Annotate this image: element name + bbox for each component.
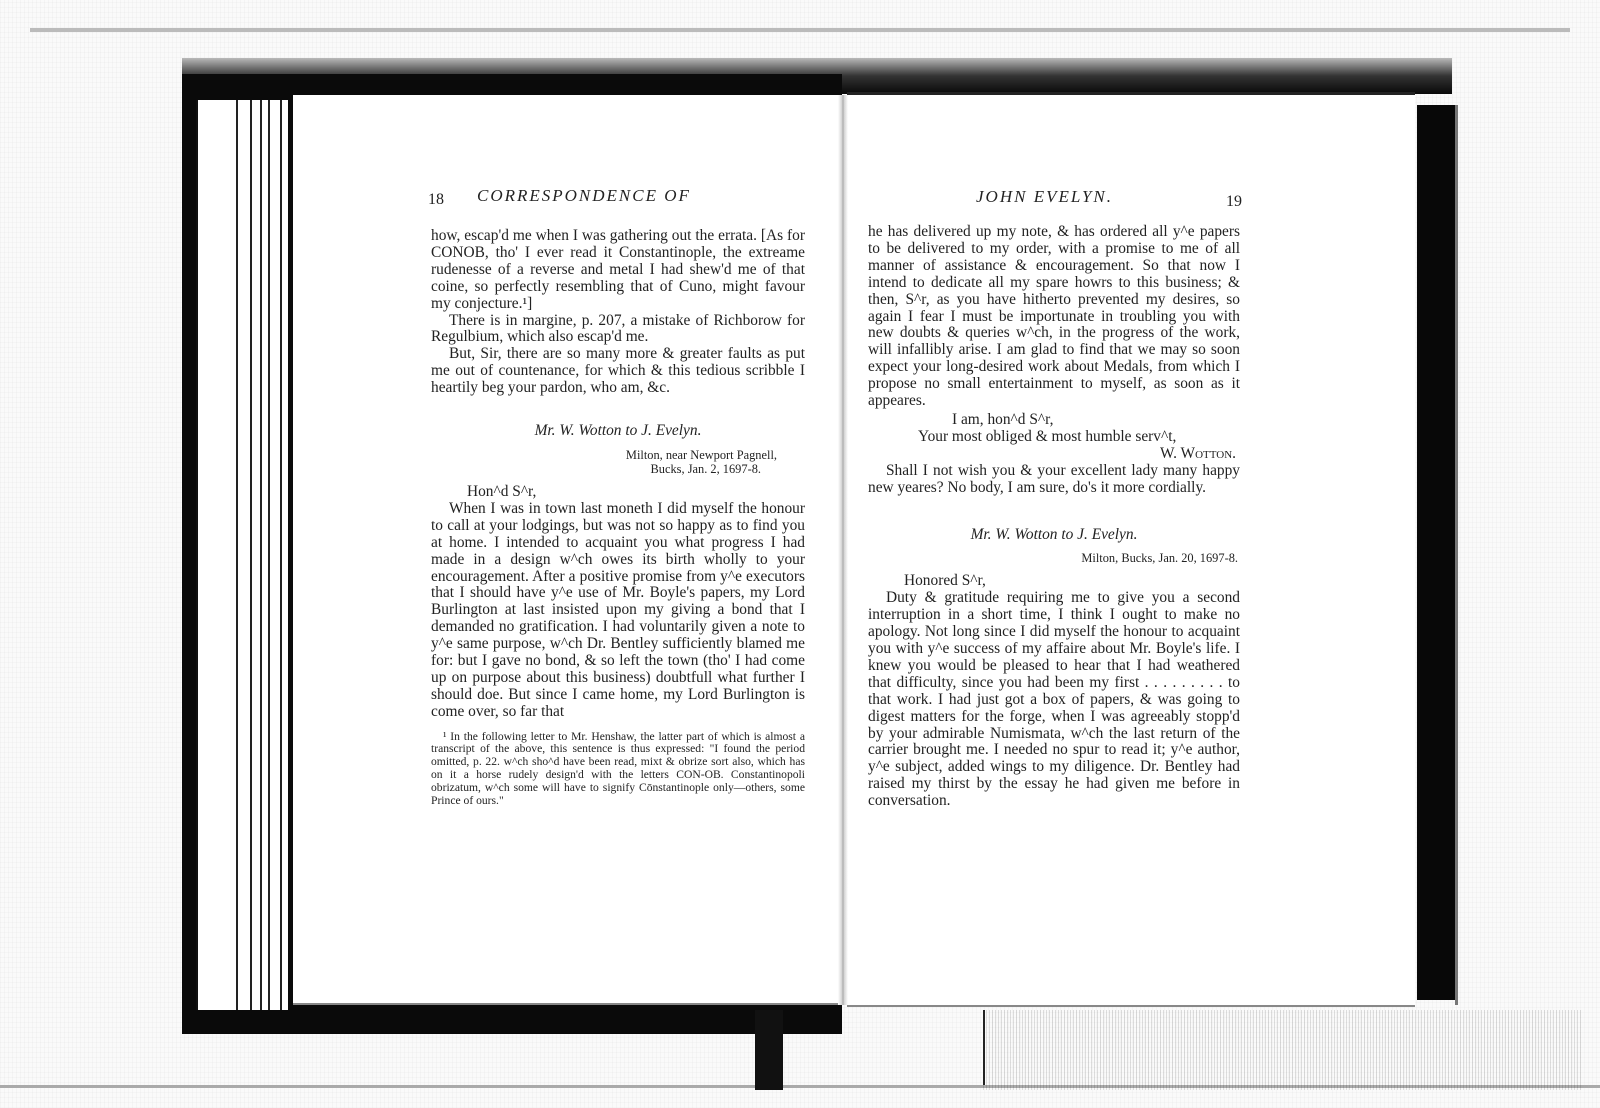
page-edge-line [250, 100, 252, 1010]
running-head-right: JOHN EVELYN. [976, 187, 1113, 207]
page-number-left: 18 [428, 191, 444, 209]
letter-heading: Mr. W. Wotton to J. Evelyn. [868, 527, 1240, 544]
page-edge-line [260, 100, 262, 1010]
letter-salutation: Honored S^r, [868, 573, 1240, 590]
book-shadow-edge [983, 1010, 985, 1085]
page-number-right: 19 [1226, 193, 1242, 211]
book-gutter [838, 95, 848, 1005]
paragraph: he has delivered up my note, & has order… [868, 224, 1240, 410]
letter-signature: W. Wotton. [868, 446, 1240, 463]
page-edge-line [268, 100, 270, 1010]
page-edge-line [236, 100, 238, 1010]
letter-body: Duty & gratitude requiring me to give yo… [868, 590, 1240, 810]
table-edge-top [30, 28, 1570, 32]
letter-heading: Mr. W. Wotton to J. Evelyn. [431, 423, 805, 440]
left-page-text: how, escap'd me when I was gathering out… [431, 228, 805, 807]
letter-salutation: Hon^d S^r, [431, 484, 805, 501]
letter-date-line: Bucks, Jan. 2, 1697-8. [431, 462, 805, 476]
page-stack-edges [196, 100, 288, 1010]
book-cover-right [1417, 105, 1455, 1000]
letter-place-line: Milton, near Newport Pagnell, [431, 448, 805, 462]
page-edge-line [280, 100, 282, 1010]
paragraph: But, Sir, there are so many more & great… [431, 346, 805, 397]
book-cover-right-outline [1455, 105, 1458, 1005]
paragraph: how, escap'd me when I was gathering out… [431, 228, 805, 313]
letter-closing: I am, hon^d S^r, [868, 412, 1240, 429]
book-cover-tail [755, 1010, 783, 1090]
footnote: ¹ In the following letter to Mr. Henshaw… [431, 731, 805, 808]
letter-closing: Your most obliged & most humble serv^t, [868, 429, 1240, 446]
letter-body: When I was in town last moneth I did mys… [431, 501, 805, 721]
postscript: Shall I not wish you & your excellent la… [868, 463, 1240, 497]
running-head-left: CORRESPONDENCE OF [477, 186, 691, 206]
book-shadow [983, 1010, 1583, 1090]
letter-date-line: Milton, Bucks, Jan. 20, 1697-8. [868, 551, 1240, 565]
right-page-text: he has delivered up my note, & has order… [868, 224, 1240, 810]
paragraph: There is in margine, p. 207, a mistake o… [431, 313, 805, 347]
